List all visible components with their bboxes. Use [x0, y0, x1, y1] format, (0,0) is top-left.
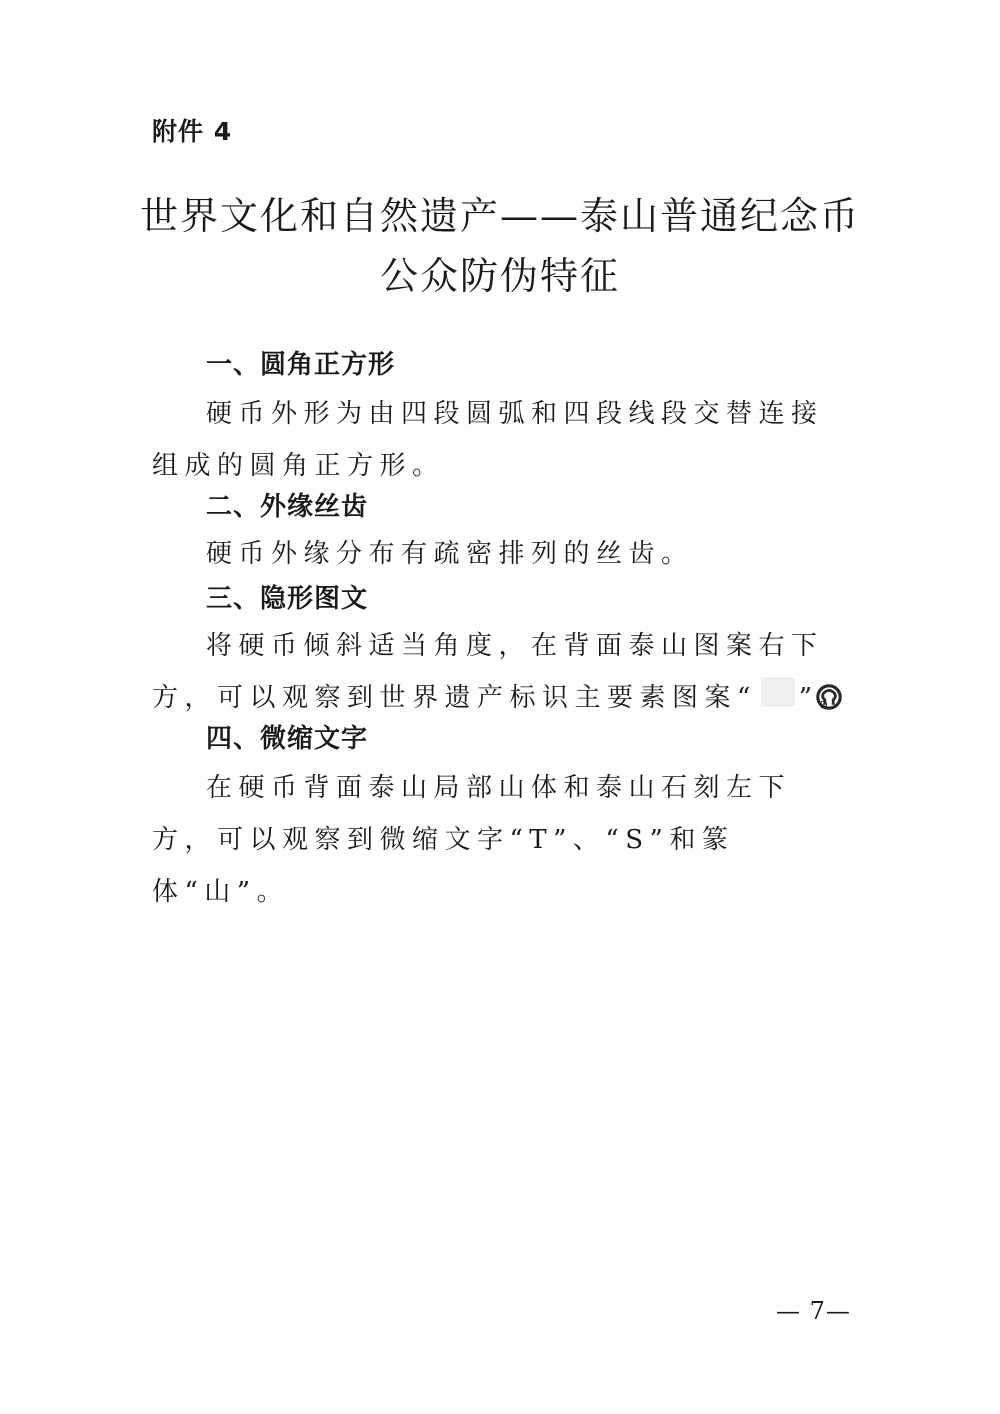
world-heritage-emblem-icon — [761, 677, 795, 707]
section-body-micro-text: 在硬币背面泰山局部山体和泰山石刻左下方，可以观察到微缩文字“T”、“S”和篆体“… — [152, 762, 852, 918]
latent-image-text-after: ”。 — [799, 683, 851, 713]
section-body-rounded-square: 硬币外形为由四段圆弧和四段线段交替连接组成的圆角正方形。 — [152, 388, 852, 492]
document-title-line2: 公众防伪特征 — [0, 252, 1000, 300]
document-title-line1: 世界文化和自然遗产——泰山普通纪念币 — [0, 192, 1000, 240]
section-body-latent-image: 将硬币倾斜适当角度，在背面泰山图案右下方，可以观察到世界遗产标识主要素图案“”。 — [152, 620, 852, 724]
page-number: — 7— — [776, 1296, 851, 1326]
document-page: 附件 4 世界文化和自然遗产——泰山普通纪念币 公众防伪特征 一、圆角正方形 硬… — [0, 0, 1000, 1414]
section-heading-latent-image: 三、隐形图文 — [206, 582, 368, 616]
section-heading-edge-serrations: 二、外缘丝齿 — [206, 490, 368, 524]
section-heading-micro-text: 四、微缩文字 — [206, 722, 368, 756]
latent-image-text-before: 将硬币倾斜适当角度，在背面泰山图案右下方，可以观察到世界遗产标识主要素图案“ — [152, 631, 824, 713]
attachment-label: 附件 4 — [152, 116, 232, 148]
section-body-edge-serrations: 硬币外缘分布有疏密排列的丝齿。 — [206, 528, 906, 580]
section-heading-rounded-square: 一、圆角正方形 — [206, 348, 395, 382]
